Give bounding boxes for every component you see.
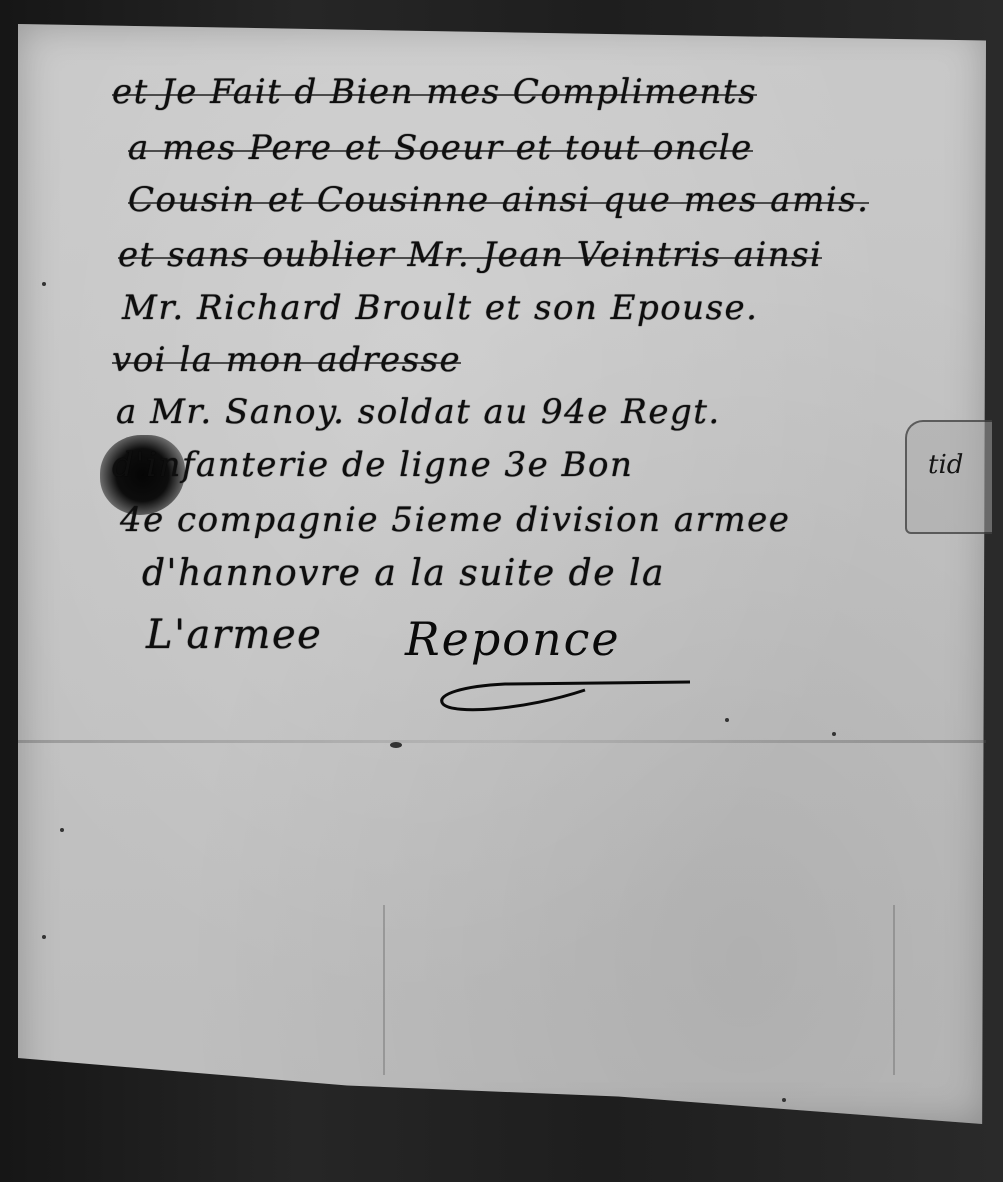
ink-speck: [782, 1098, 786, 1102]
ink-speck: [390, 742, 402, 748]
ink-speck: [60, 828, 64, 832]
letter-line-8: d'infanterie de ligne 3e Bon: [112, 445, 633, 485]
ink-speck: [725, 718, 729, 722]
ink-speck: [42, 935, 46, 939]
letter-line-3: Cousin et Cousinne ainsi que mes amis.: [128, 180, 869, 220]
letter-line-4: et sans oublier Mr. Jean Veintris ainsi: [118, 235, 822, 275]
signature-flourish: [435, 660, 695, 715]
ink-speck: [42, 282, 46, 286]
paper-fold-vertical: [893, 905, 895, 1075]
letter-line-6: voi la mon adresse: [112, 340, 461, 380]
letter-line-5: Mr. Richard Broult et son Epouse.: [122, 288, 758, 328]
letter-line-10: d'hannovre a la suite de la: [142, 553, 665, 594]
letter-line-7: a Mr. Sanoy. soldat au 94e Regt.: [116, 392, 721, 432]
margin-note: tid: [928, 450, 963, 480]
letter-line-2: a mes Pere et Soeur et tout oncle: [128, 128, 753, 168]
letter-line-9: 4e compagnie 5ieme division armee: [120, 500, 790, 540]
ink-speck: [832, 732, 836, 736]
letter-line-11: L'armee: [146, 612, 322, 658]
paper-fold-horizontal: [18, 740, 986, 743]
paper-fold-vertical: [383, 905, 385, 1075]
letter-line-1: et Je Fait d Bien mes Compliments: [112, 72, 757, 112]
signature: Reponce: [405, 612, 621, 666]
